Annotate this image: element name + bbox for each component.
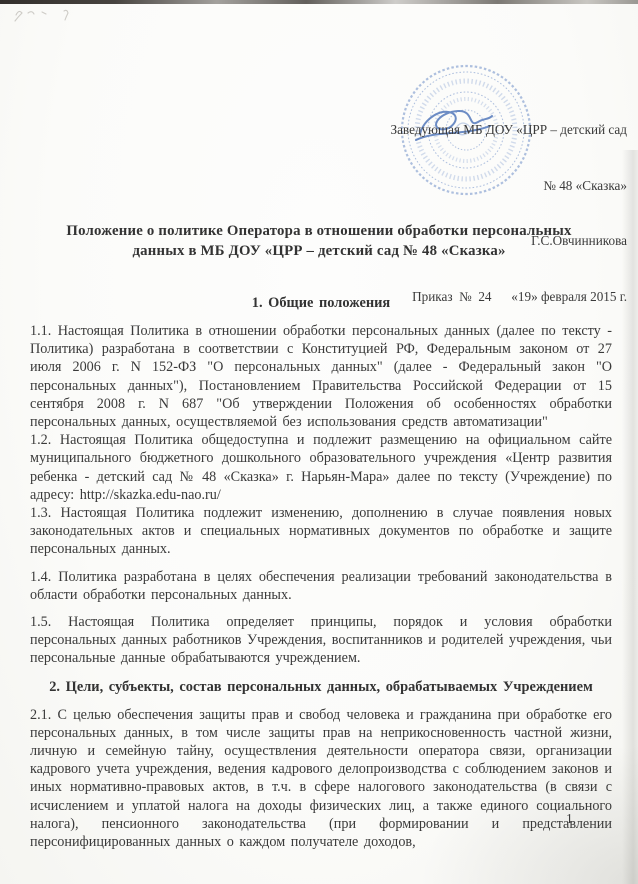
- section-2-heading: 2. Цели, субъекты, состав персональных д…: [30, 678, 612, 697]
- paragraph-1-2: 1.2. Настоящая Политика общедоступна и п…: [30, 431, 612, 504]
- paragraph-1-5: 1.5. Настоящая Политика определяет принц…: [30, 613, 612, 668]
- approval-line-position: Заведующая МБ ДОУ «ЦРР – детский сад: [390, 121, 627, 140]
- approval-block: Заведующая МБ ДОУ «ЦРР – детский сад № 4…: [390, 84, 627, 343]
- paragraph-1-4: 1.4. Политика разработана в целях обеспе…: [30, 568, 612, 604]
- pencil-marks-icon: [12, 5, 82, 35]
- approval-line-name: Г.С.Овчинникова: [390, 232, 627, 251]
- document-page: Заведующая МБ ДОУ «ЦРР – детский сад № 4…: [0, 0, 638, 884]
- approval-line-org: № 48 «Сказка»: [390, 177, 627, 196]
- scan-edge-top: [0, 0, 638, 4]
- approval-line-order: Приказ № 24 «19» февраля 2015 г.: [390, 288, 627, 307]
- scan-corner-shadow: [418, 744, 638, 884]
- paragraph-1-3: 1.3. Настоящая Политика подлежит изменен…: [30, 504, 612, 559]
